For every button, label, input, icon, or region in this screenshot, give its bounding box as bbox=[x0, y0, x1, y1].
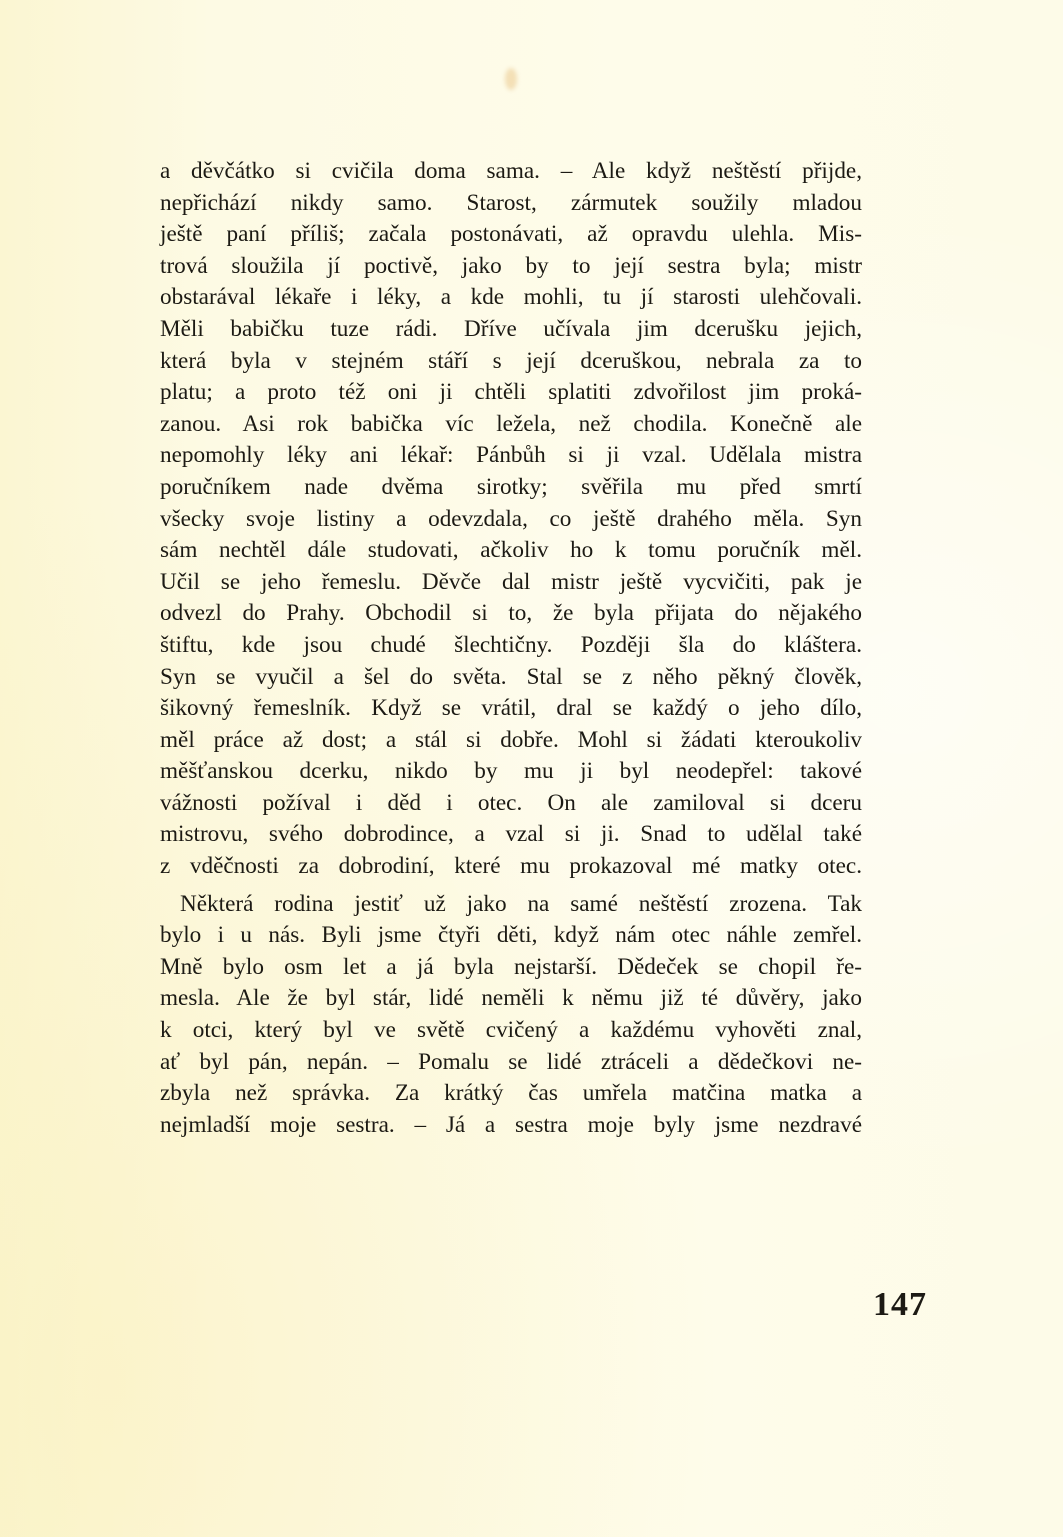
text-line: ať byl pán, nepán. – Pomalu se lidé ztrá… bbox=[160, 1047, 862, 1079]
text-line: šikovný řemeslník. Když se vrátil, dral … bbox=[160, 693, 862, 725]
text-line: k otci, který byl ve světě cvičený a kaž… bbox=[160, 1015, 862, 1047]
text-line: Učil se jeho řemeslu. Děvče dal mistr je… bbox=[160, 567, 862, 599]
text-line: a děvčátko si cvičila doma sama. – Ale k… bbox=[160, 156, 862, 188]
text-line: Mně bylo osm let a já byla nejstarší. Dě… bbox=[160, 952, 862, 984]
text-line: měšťanskou dcerku, nikdo by mu ji byl ne… bbox=[160, 756, 862, 788]
text-line: obstarával lékaře i léky, a kde mohli, t… bbox=[160, 282, 862, 314]
text-line: nepřichází nikdy samo. Starost, zármutek… bbox=[160, 188, 862, 220]
text-line: štiftu, kde jsou chudé šlechtičny. Pozdě… bbox=[160, 630, 862, 662]
text-line: platu; a proto též oni ji chtěli splatit… bbox=[160, 377, 862, 409]
text-line: všecky svoje listiny a odevzdala, co ješ… bbox=[160, 504, 862, 536]
text-line: mesla. Ale že byl stár, lidé neměli k ně… bbox=[160, 983, 862, 1015]
text-line: zbyla než správka. Za krátký čas umřela … bbox=[160, 1078, 862, 1110]
paragraph-1: a děvčátko si cvičila doma sama. – Ale k… bbox=[160, 156, 862, 883]
text-line: sám nechtěl dále studovati, ačkoliv ho k… bbox=[160, 535, 862, 567]
text-line: ještě paní příliš; začala postonávati, a… bbox=[160, 219, 862, 251]
text-line: nepomohly léky ani lékař: Pánbůh si ji v… bbox=[160, 440, 862, 472]
body-text: a děvčátko si cvičila doma sama. – Ale k… bbox=[160, 156, 862, 1141]
text-line: vážnosti požíval i děd i otec. On ale za… bbox=[160, 788, 862, 820]
text-line: mistrovu, svého dobrodince, a vzal si ji… bbox=[160, 819, 862, 851]
text-line: nejmladší moje sestra. – Já a sestra moj… bbox=[160, 1110, 862, 1142]
text-line: Syn se vyučil a šel do světa. Stal se z … bbox=[160, 662, 862, 694]
text-line: bylo i u nás. Byli jsme čtyři děti, když… bbox=[160, 920, 862, 952]
text-line: Některá rodina jestiť už jako na samé ne… bbox=[160, 889, 862, 921]
text-line: měl práce až dost; a stál si dobře. Mohl… bbox=[160, 725, 862, 757]
text-line: odvezl do Prahy. Obchodil si to, že byla… bbox=[160, 598, 862, 630]
text-line: trová sloužila jí poctivě, jako by to je… bbox=[160, 251, 862, 283]
text-line: která byla v stejném stáří s její dceruš… bbox=[160, 346, 862, 378]
text-line: poručníkem nade dvěma sirotky; svěřila m… bbox=[160, 472, 862, 504]
text-line: z vděčnosti za dobrodiní, které mu proka… bbox=[160, 851, 862, 883]
book-page: a děvčátko si cvičila doma sama. – Ale k… bbox=[0, 0, 1063, 1537]
page-number: 147 bbox=[873, 1286, 927, 1324]
paragraph-2: Některá rodina jestiť už jako na samé ne… bbox=[160, 889, 862, 1142]
paper-stain bbox=[505, 68, 517, 90]
text-line: zanou. Asi rok babička víc ležela, než c… bbox=[160, 409, 862, 441]
text-line: Měli babičku tuze rádi. Dříve učívala ji… bbox=[160, 314, 862, 346]
